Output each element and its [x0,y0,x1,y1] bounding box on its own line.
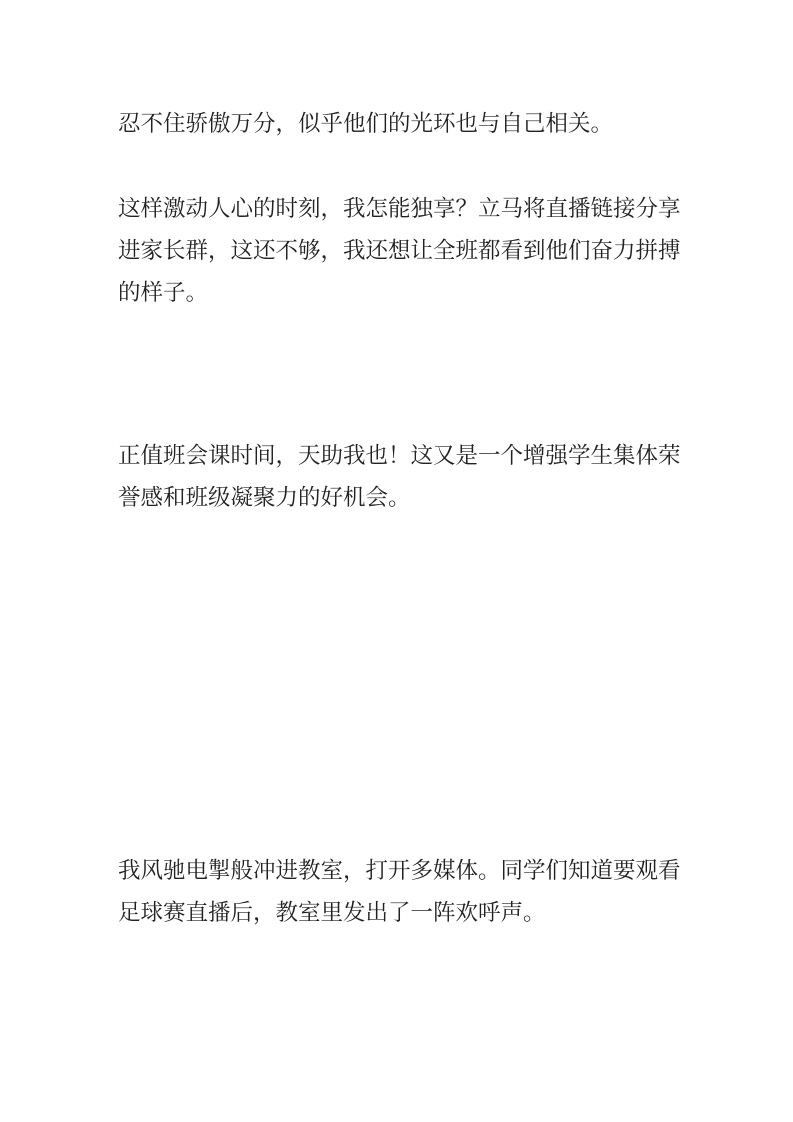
paragraph-4: 我风驰电掣般冲进教室，打开多媒体。同学们知道要观看 足球赛直播后，教室里发出了一… [118,850,753,934]
text-line: 我风驰电掣般冲进教室，打开多媒体。同学们知道要观看 [118,850,753,892]
paragraph-2: 这样激动人心的时刻，我怎能独享？立马将直播链接分享 进家长群，这还不够，我还想让… [118,188,753,314]
text-line: 誉感和班级凝聚力的好机会。 [118,477,753,519]
paragraph-3: 正值班会课时间，天助我也！这又是一个增强学生集体荣 誉感和班级凝聚力的好机会。 [118,435,753,519]
document-page: 忍不住骄傲万分，似乎他们的光环也与自己相关。 这样激动人心的时刻，我怎能独享？立… [0,0,793,1122]
text-line: 足球赛直播后，教室里发出了一阵欢呼声。 [118,892,753,934]
text-line: 进家长群，这还不够，我还想让全班都看到他们奋力拼搏 [118,230,753,272]
text-line: 忍不住骄傲万分，似乎他们的光环也与自己相关。 [118,103,753,145]
text-line: 正值班会课时间，天助我也！这又是一个增强学生集体荣 [118,435,753,477]
text-line: 的样子。 [118,272,753,314]
paragraph-1: 忍不住骄傲万分，似乎他们的光环也与自己相关。 [118,103,753,145]
text-line: 这样激动人心的时刻，我怎能独享？立马将直播链接分享 [118,188,753,230]
